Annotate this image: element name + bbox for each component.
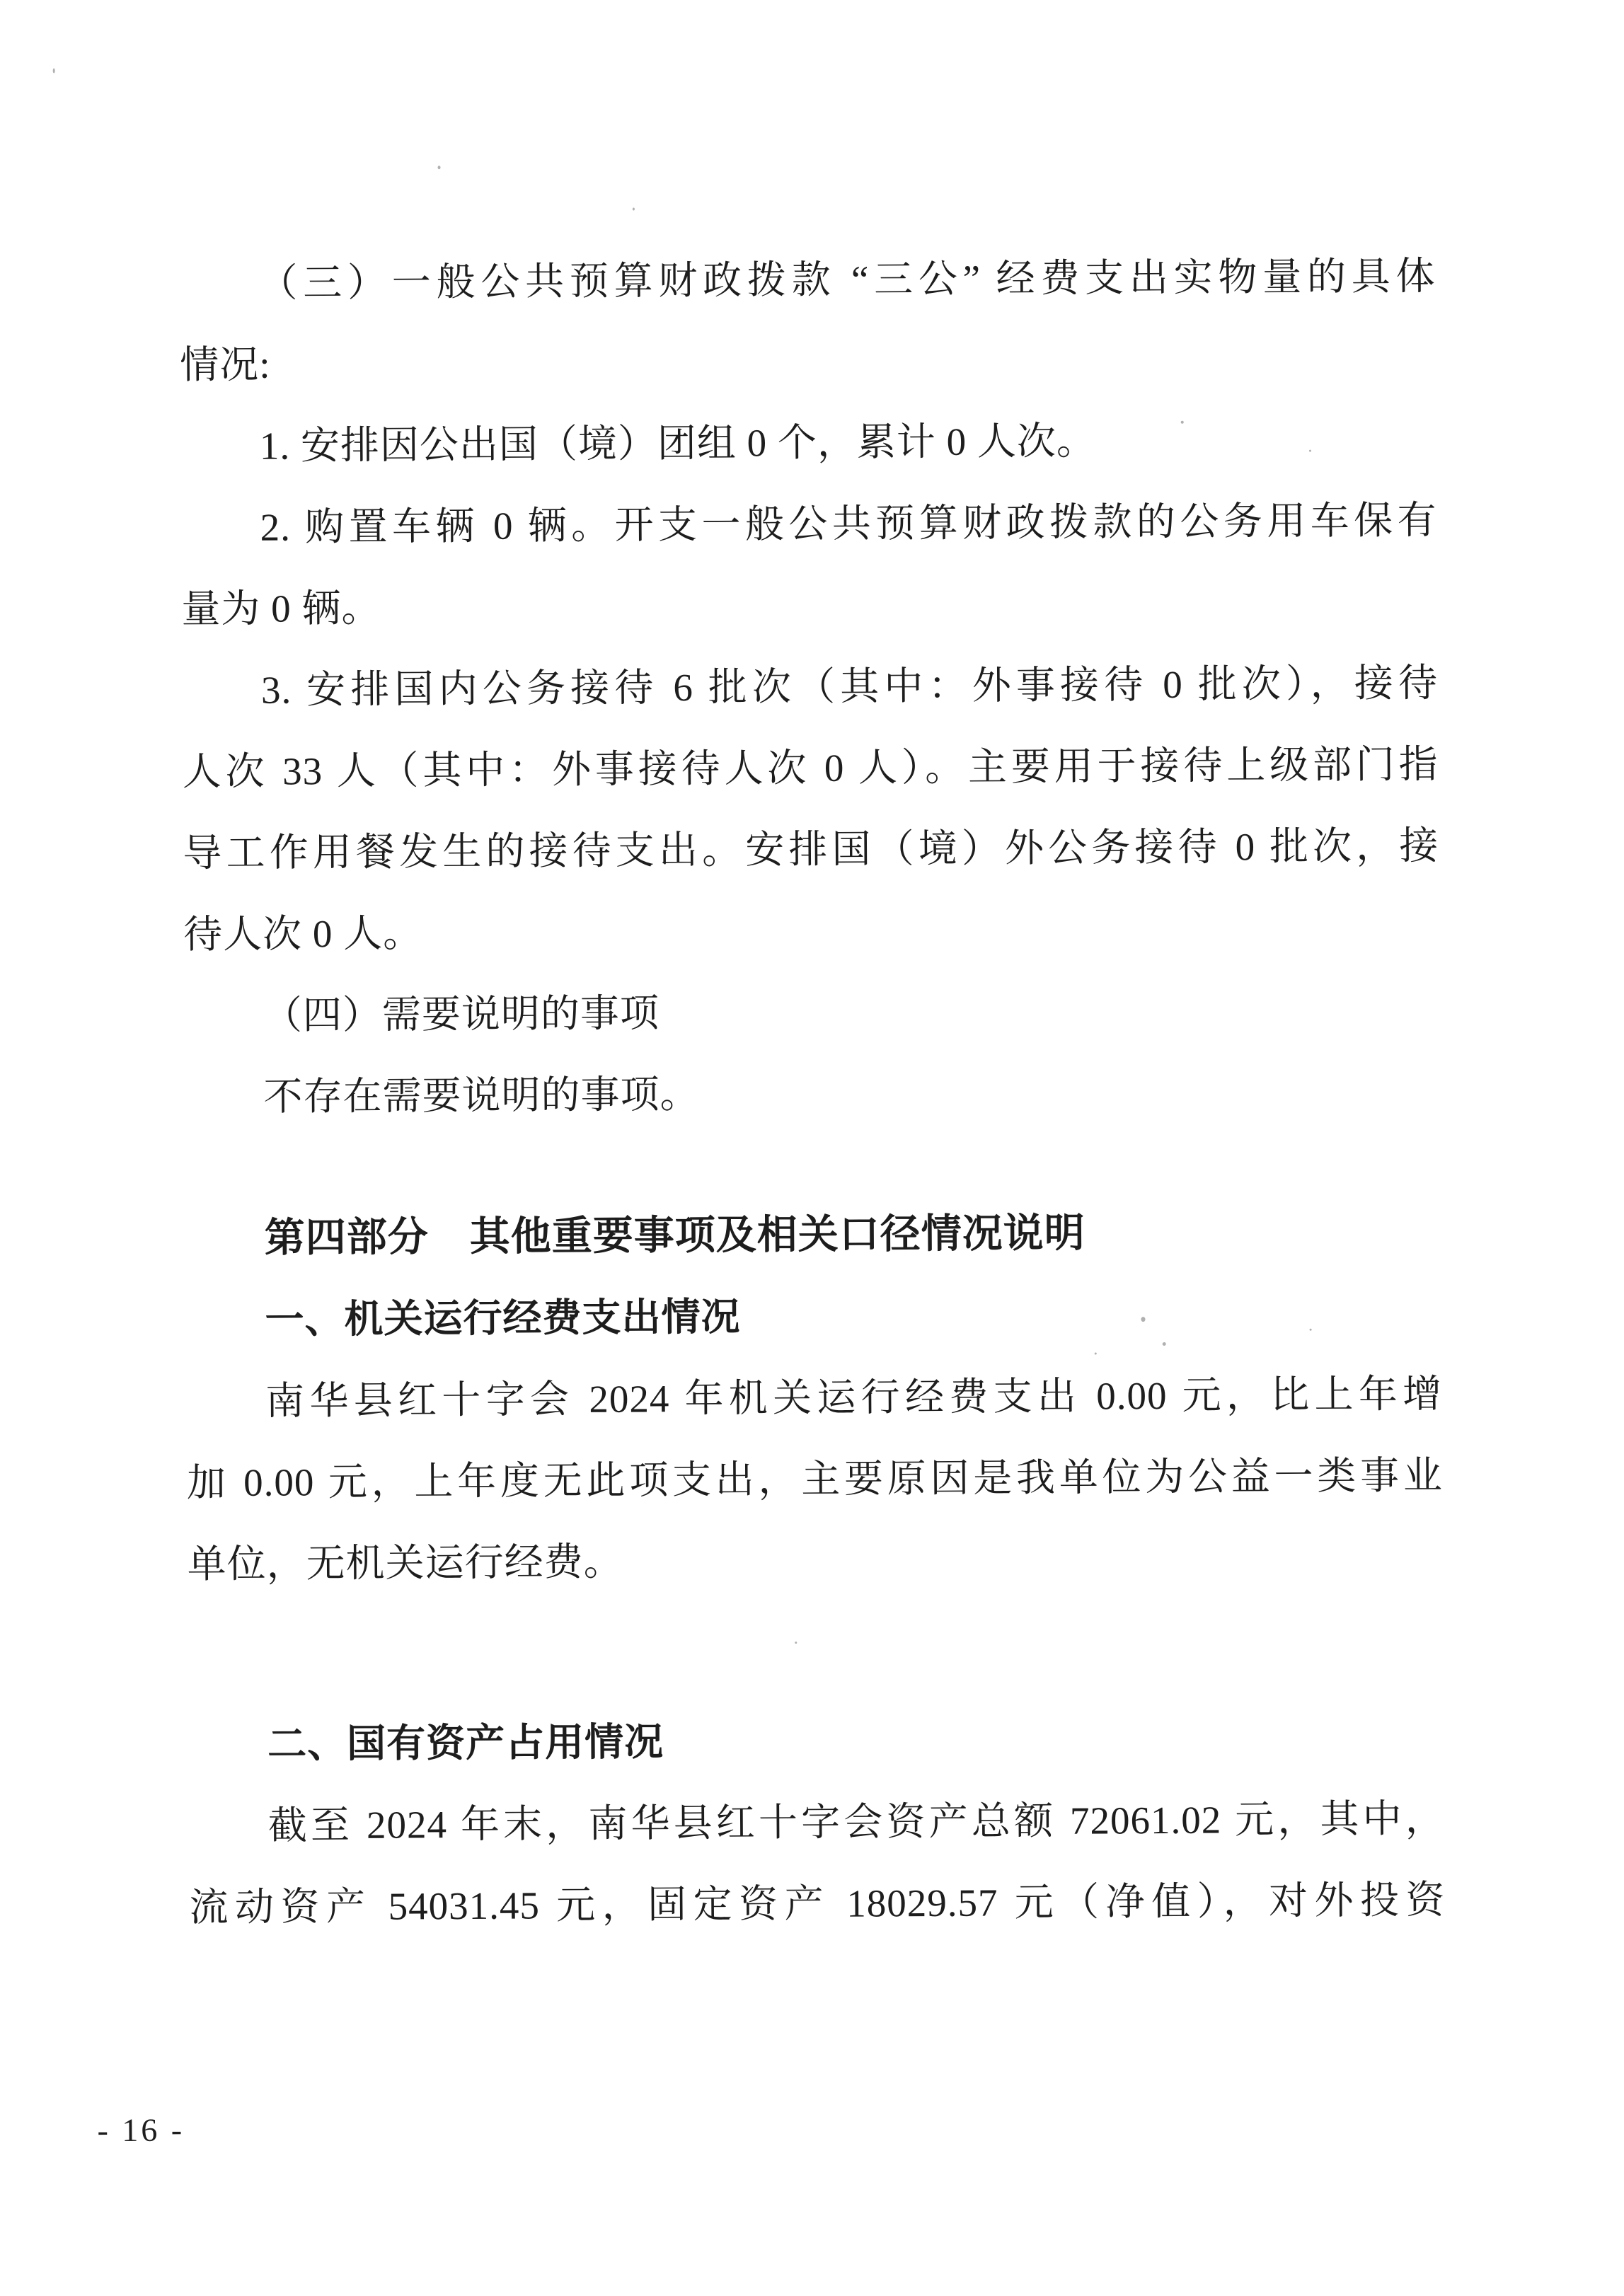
line-item3-reception-1: 3. 安排国内公务接待 6 批次（其中：外事接待 0 批次），接待 [182,642,1439,732]
subsection2-heading: 二、国有资产占用情况 [188,1697,1445,1786]
page-number: - 16 - [97,2111,185,2149]
scan-speck [1310,1329,1312,1331]
line-item3-reception-4: 待人次 0 人。 [183,887,1440,976]
scan-speck [53,69,55,74]
part4-title: 第四部分 其他重要事项及相关口径情况说明 [185,1191,1441,1280]
scan-speck [438,166,441,169]
line-operating-expense-1: 南华县红十字会 2024 年机关运行经费支出 0.00 元，比上年增 [186,1354,1443,1443]
scan-speck [633,208,635,211]
line-item3-reception-2: 人次 33 人（其中：外事接待人次 0 人）。主要用于接待上级部门指 [182,724,1439,813]
line-item3-reception-3: 导工作用餐发生的接待支出。安排国（境）外公务接待 0 批次，接 [183,805,1439,894]
scan-speck [795,1642,797,1644]
line-section4-note-body: 不存在需要说明的事项。 [184,1049,1441,1138]
line-item2-vehicles-2: 量为 0 辆。 [181,561,1438,650]
scan-speck [1095,1353,1097,1355]
document-body: （三）一般公共预算财政拨款 “三公” 经费支出实物量的具体 情况: 1. 安排因… [179,236,1446,1949]
line-section4-note-heading: （四）需要说明的事项 [184,968,1441,1057]
scan-speck [1309,450,1311,452]
scan-speck [1181,421,1184,424]
line-operating-expense-3: 单位，无机关运行经费。 [187,1516,1444,1605]
subsection1-heading: 一、机关运行经费支出情况 [185,1272,1442,1361]
line-item2-vehicles-1: 2. 购置车辆 0 辆。开支一般公共预算财政拨款的公务用车保有 [180,480,1437,569]
line-sangong-intro-1: （三）一般公共预算财政拨款 “三公” 经费支出实物量的具体 [179,236,1436,325]
line-operating-expense-2: 加 0.00 元，上年度无此项支出，主要原因是我单位为公益一类事业 [187,1435,1444,1524]
scan-speck [1141,1317,1145,1322]
scan-speck [1163,1342,1166,1346]
line-state-assets-2: 流动资产 54031.45 元，固定资产 18029.57 元（净值），对外投资 [189,1859,1446,1949]
scanned-page: （三）一般公共预算财政拨款 “三公” 经费支出实物量的具体 情况: 1. 安排因… [0,0,1624,2296]
line-state-assets-1: 截至 2024 年末，南华县红十字会资产总额 72061.02 元，其中， [188,1778,1445,1867]
line-item1-abroad-trips: 1. 安排因公出国（境）团组 0 个，累计 0 人次。 [180,398,1437,488]
line-sangong-intro-2: 情况: [180,317,1436,406]
